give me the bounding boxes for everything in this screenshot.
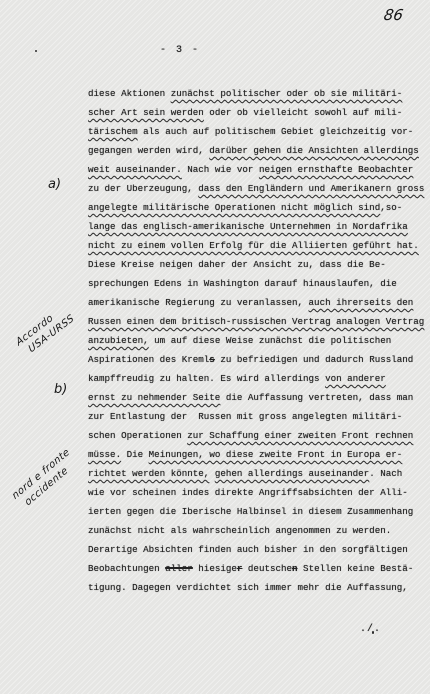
typed-text-underline: nicht zu einem vollen Erfolg für die All… (88, 240, 419, 251)
typed-text: Nach wie vor (182, 164, 259, 175)
typed-text: Aspirationen des Kreml (88, 354, 209, 365)
typed-text: um auf diese Weise zunächst die politisc… (149, 335, 392, 346)
typed-text: deutsche (242, 563, 292, 574)
typed-text-underline: scher Art sein werden (88, 107, 204, 118)
typed-text: amerikanische Regierung zu veranlassen, (88, 297, 309, 308)
text-line: weit auseinander. Nach wie vor neigen er… (88, 160, 428, 179)
typed-text: tigung. Dagegen verdichtet sich immer me… (88, 582, 408, 593)
typed-text: wie vor scheinen indes direkte Angriffsa… (88, 487, 408, 498)
margin-mark-a: a) (48, 177, 61, 192)
typed-text-underline: weit auseinander. (88, 164, 182, 175)
typed-text-underline: dass den Engländern und Amerikanern gros… (198, 183, 424, 194)
typed-text-underline: neigen ernsthafte Beobachter (259, 164, 413, 175)
typed-text: . Nach (369, 468, 402, 479)
text-line: lange das englisch-amerikanische Unterne… (88, 217, 428, 236)
handwritten-folio-number: 86 (382, 6, 404, 24)
typed-text-underline: Russen einen dem britisch-russischen Ver… (88, 316, 424, 327)
typed-text: diese Aktionen (88, 88, 171, 99)
typed-text: als auch auf politischem Gebiet gleichze… (138, 126, 414, 137)
typed-text: zunächst nicht als wahrscheinlich angeno… (88, 525, 391, 536)
text-line: sprechungen Edens in Washington darauf h… (88, 274, 428, 293)
text-line: zur Entlastung der Russen mit gross ange… (88, 407, 428, 426)
typed-text: ierten gegen die Iberische Halbinsel in … (88, 506, 413, 517)
text-line: Derartige Absichten finden auch bisher i… (88, 540, 428, 559)
typed-text-underline: zur Schaffung einer zweiten Front rechne… (187, 430, 413, 441)
typed-text-underline: anzubieten, (88, 335, 149, 346)
margin-mark-b: b) (54, 382, 67, 397)
typed-text: sprechungen Edens in Washington darauf h… (88, 278, 397, 289)
document-page: 86 - 3 - diese Aktionen zunächst politis… (0, 0, 430, 694)
typed-text-underline: angelegte militärische Operationen nicht… (88, 202, 380, 213)
typed-text-underline: tärischem (88, 126, 138, 137)
typed-text: Derartige Absichten finden auch bisher i… (88, 544, 408, 555)
typed-text: kampffreudig zu halten. Es wird allerdin… (88, 373, 325, 384)
text-line: Russen einen dem britisch-russischen Ver… (88, 312, 428, 331)
typed-text: oder ob vielleicht sowohl auf mili- (204, 107, 402, 118)
typed-text-underline: zunächst politischer oder ob sie militär… (171, 88, 403, 99)
typed-text-underline: auch ihrerseits den (309, 297, 414, 308)
text-line: scher Art sein werden oder ob vielleicht… (88, 103, 428, 122)
page-number-label: - 3 - (160, 45, 200, 56)
typed-text: hiesige (193, 563, 237, 574)
text-line: müsse. Die Meinungen, wo diese zweite Fr… (88, 445, 428, 464)
text-line: amerikanische Regierung zu veranlassen, … (88, 293, 428, 312)
text-line: Beobachtungen aller hiesiger deutschen S… (88, 559, 428, 578)
typed-text: Beobachtungen (88, 563, 165, 574)
typed-text: ,so- (380, 202, 402, 213)
text-line: nicht zu einem vollen Erfolg für die All… (88, 236, 428, 255)
text-line: tigung. Dagegen verdichtet sich immer me… (88, 578, 428, 597)
text-line: diese Aktionen zunächst politischer oder… (88, 84, 428, 103)
text-line: kampffreudig zu halten. Es wird allerdin… (88, 369, 428, 388)
text-line: tärischem als auch auf politischem Gebie… (88, 122, 428, 141)
typed-text: schen Operationen (88, 430, 187, 441)
text-line: ernst zu nehmender Seite die Auffassung … (88, 388, 428, 407)
scan-speck (372, 631, 374, 634)
text-line: ierten gegen die Iberische Halbinsel in … (88, 502, 428, 521)
typed-text-underline: richtet werden könnte, (88, 468, 209, 479)
typed-text: gegangen werden wird, (88, 145, 209, 156)
text-line: zu der Uberzeugung, dass den Engländern … (88, 179, 428, 198)
text-line: zunächst nicht als wahrscheinlich angeno… (88, 521, 428, 540)
typed-text: Diese Kreise neigen daher der Ansicht zu… (88, 259, 386, 270)
typed-text-underline: gehen allerdings auseinander (215, 468, 369, 479)
text-line: schen Operationen zur Schaffung einer zw… (88, 426, 428, 445)
typed-text-underline: lange das englisch-amerikanische Unterne… (88, 221, 408, 232)
typed-text-underline: darüber gehen die Ansichten allerdings (209, 145, 419, 156)
body-text: diese Aktionen zunächst politischer oder… (88, 84, 428, 597)
typed-text: zu befriedigen und dadurch Russland (215, 354, 413, 365)
typed-text: zur Entlastung der Russen mit gross ange… (88, 411, 402, 422)
margin-note-fronte: nord e fronte occidente (10, 446, 80, 514)
continuation-mark: ./. (360, 624, 381, 635)
text-line: anzubieten, um auf diese Weise zunächst … (88, 331, 428, 350)
scan-speck (35, 50, 37, 52)
text-line: wie vor scheinen indes direkte Angriffsa… (88, 483, 428, 502)
text-line: gegangen werden wird, darüber gehen die … (88, 141, 428, 160)
typed-text-underline: müsse. (88, 449, 121, 460)
typed-text-strike: aller (165, 563, 193, 574)
text-line: Aspirationen des Kremls zu befriedigen u… (88, 350, 428, 369)
text-line: richtet werden könnte, gehen allerdings … (88, 464, 428, 483)
typed-text: die Auffassung vertreten, dass man (220, 392, 413, 403)
typed-text-underline: von anderer (325, 373, 386, 384)
typed-text-underline: Meinungen, wo diese zweite Front in Euro… (149, 449, 403, 460)
margin-note-accordo: Accordo USA-URSS (14, 301, 77, 361)
text-line: angelegte militärische Operationen nicht… (88, 198, 428, 217)
typed-text-underline: ernst zu nehmender Seite (88, 392, 220, 403)
typed-text: zu der Uberzeugung, (88, 183, 198, 194)
typed-text: Stellen keine Bestä- (298, 563, 414, 574)
text-line: Diese Kreise neigen daher der Ansicht zu… (88, 255, 428, 274)
typed-text: Die (121, 449, 149, 460)
